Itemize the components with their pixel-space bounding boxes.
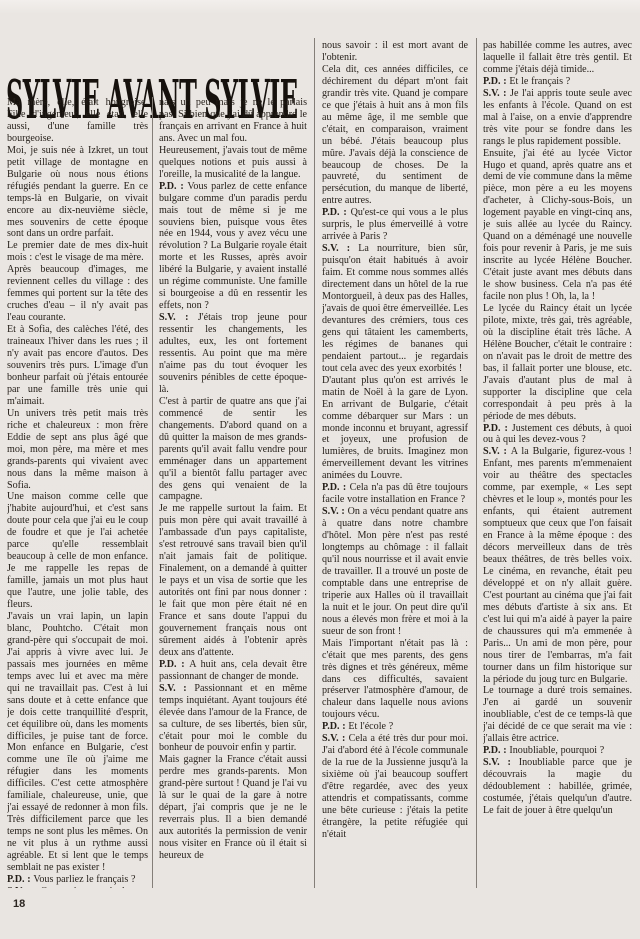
interview-paragraph: S.V. : On a vécu pendant quatre ans à qu… [322,506,468,637]
column-divider [314,38,315,888]
body-paragraph: Et à Sofia, des calèches l'été, des trai… [7,324,148,408]
speaker-label: P.D. : [322,482,350,493]
paragraph-text: C'est à partir de quatre ans que j'ai co… [159,396,307,503]
speaker-label: P.D. : [322,207,351,218]
paragraph-text: Une maison comme celle que j'habite aujo… [7,491,148,610]
paragraph-text: La nourriture, bien sûr, puisqu'on était… [322,243,468,374]
paragraph-text: Un univers très petit mais très riche et… [7,408,148,491]
paragraph-text: Vous parlez de cette enfance bulgare com… [159,181,307,312]
column-divider [476,38,477,888]
paragraph-text: Mais l'important n'était pas là : c'étai… [322,638,468,721]
text-column-4: pas habillée comme les autres, avec laqu… [483,40,632,888]
speaker-label: P.D. : [322,721,348,732]
body-paragraph: Cela dit, ces années difficiles, ce déch… [322,64,468,207]
paragraph-text: Le lycée du Raincy était un lycée pilote… [483,303,632,422]
paragraph-text: Mais gagner la France c'était aussi perd… [159,754,307,861]
interview-paragraph: S.V. : Je l'ai appris toute seule avec l… [483,88,632,148]
body-paragraph: Moi, je suis née à Izkret, un tout petit… [7,145,148,241]
interview-paragraph: S.V. : Passionnant et en même temps inqu… [159,683,307,755]
paragraph-text: A la Bulgarie, figurez-vous ! Enfant, me… [483,446,632,684]
interview-paragraph: P.D. : Qu'est-ce qui vous a le plus surp… [322,207,468,243]
interview-paragraph: P.D. : Vous parliez le français ? [7,874,148,886]
paragraph-text: pas habillée comme les autres, avec laqu… [483,40,632,75]
paragraph-text: Heureusement, j'avais tout de même quelq… [159,145,307,180]
paragraph-text: Et l'école ? [348,721,393,732]
speaker-label: S.V. : [7,886,41,888]
speaker-label: P.D. : [483,423,512,434]
body-paragraph: D'autant plus qu'on est arrivés le matin… [322,375,468,483]
interview-paragraph: S.V. : Cela a été très dur pour moi. J'a… [322,733,468,841]
paragraph-text: Ma mère, elle, était hongroise. Fille d'… [7,97,148,144]
paragraph-text: Cela a été très dur pour moi. J'ai d'abo… [322,733,468,840]
paragraph-text: nais un peu mais je ne le parlais pas. S… [159,97,307,144]
speaker-label: S.V. : [322,243,358,254]
paragraph-text: On a vécu pendant quatre ans à quatre da… [322,506,468,637]
speaker-label: S.V. : [322,506,348,517]
paragraph-text: Ensuite, j'ai été au lycée Victor Hugo e… [483,148,632,302]
interview-paragraph: P.D. : Cela n'a pas dû être toujours fac… [322,482,468,506]
body-paragraph: Mais gagner la France c'était aussi perd… [159,754,307,862]
speaker-label: P.D. : [7,874,33,885]
body-paragraph: Après beaucoup d'images, me reviennent c… [7,264,148,324]
speaker-label: S.V. : [322,733,349,744]
body-paragraph: Le premier date de mes dix-huit mois : c… [7,240,148,264]
speaker-label: S.V. : [159,683,194,694]
paragraph-text: Je me rappelle surtout la faim. Et puis … [159,503,307,657]
interview-paragraph: S.V. : La nourriture, bien sûr, puisqu'o… [322,243,468,374]
body-paragraph: Le lycée du Raincy était un lycée pilote… [483,303,632,423]
paragraph-text: J'avais un vrai lapin, un lapin blanc, P… [7,611,148,873]
speaker-label: P.D. : [483,76,509,87]
paragraph-text: Moi, je suis née à Izkret, un tout petit… [7,145,148,240]
paragraph-text: Et à Sofia, des calèches l'été, des trai… [7,324,148,407]
paragraph-text: D'autant plus qu'on est arrivés le matin… [322,375,468,482]
paragraph-text: Vous parliez le français ? [33,874,135,885]
body-paragraph: nais un peu mais je ne le parlais pas. S… [159,97,307,145]
speaker-label: S.V. : [483,757,519,768]
interview-paragraph: P.D. : Et le français ? [483,76,632,88]
paragraph-text: Le premier date de mes dix-huit mois : c… [7,240,148,263]
interview-paragraph: S.V. : A la Bulgarie, figurez-vous ! Enf… [483,446,632,685]
interview-paragraph: P.D. : Justement ces débuts, à quoi ou à… [483,423,632,447]
interview-paragraph: S.V. : On avait essayé de me l'apprendre… [7,886,148,888]
text-column-3: nous savoir : il est mort avant de l'obt… [322,40,468,888]
body-paragraph: Ma mère, elle, était hongroise. Fille d'… [7,97,148,145]
speaker-label: S.V. : [483,446,511,457]
paragraph-text: nous savoir : il est mort avant de l'obt… [322,40,468,63]
interview-paragraph: S.V. : Inoubliable parce que je découvra… [483,757,632,817]
paragraph-text: Le tournage a duré trois semaines. J'en … [483,685,632,744]
body-paragraph: Le tournage a duré trois semaines. J'en … [483,685,632,745]
speaker-label: S.V. : [483,88,510,99]
body-paragraph: C'est à partir de quatre ans que j'ai co… [159,396,307,504]
page-number: 18 [13,898,25,910]
speaker-label: P.D. : [159,659,189,670]
body-paragraph: Une maison comme celle que j'habite aujo… [7,491,148,611]
body-paragraph: nous savoir : il est mort avant de l'obt… [322,40,468,64]
interview-paragraph: P.D. : Inoubliable, pourquoi ? [483,745,632,757]
column-divider [152,97,153,888]
body-paragraph: pas habillée comme les autres, avec laqu… [483,40,632,76]
magazine-page: SYLVIE AVANT SYLVIE Ma mère, elle, était… [0,0,640,939]
paragraph-text: Inoubliable, pourquoi ? [509,745,604,756]
text-column-2: nais un peu mais je ne le parlais pas. S… [159,97,307,888]
interview-paragraph: P.D. : Vous parlez de cette enfance bulg… [159,181,307,312]
body-paragraph: J'avais un vrai lapin, un lapin blanc, P… [7,611,148,874]
interview-paragraph: P.D. : A huit ans, cela devait être pass… [159,659,307,683]
body-paragraph: Ensuite, j'ai été au lycée Victor Hugo e… [483,148,632,303]
paragraph-text: Et le français ? [509,76,570,87]
paragraph-text: Cela dit, ces années difficiles, ce déch… [322,64,468,206]
body-paragraph: Mais l'important n'était pas là : c'étai… [322,638,468,722]
body-paragraph: Je me rappelle surtout la faim. Et puis … [159,503,307,658]
paragraph-text: Après beaucoup d'images, me reviennent c… [7,264,148,323]
interview-paragraph: P.D. : Et l'école ? [322,721,468,733]
speaker-label: P.D. : [483,745,509,756]
paragraph-text: J'étais trop jeune pour ressentir les ch… [159,312,307,395]
speaker-label: S.V. : [159,312,198,323]
text-column-1: Ma mère, elle, était hongroise. Fille d'… [7,97,148,888]
body-paragraph: Un univers très petit mais très riche et… [7,408,148,492]
speaker-label: P.D. : [159,181,187,192]
body-paragraph: Heureusement, j'avais tout de même quelq… [159,145,307,181]
interview-paragraph: S.V. : J'étais trop jeune pour ressentir… [159,312,307,396]
